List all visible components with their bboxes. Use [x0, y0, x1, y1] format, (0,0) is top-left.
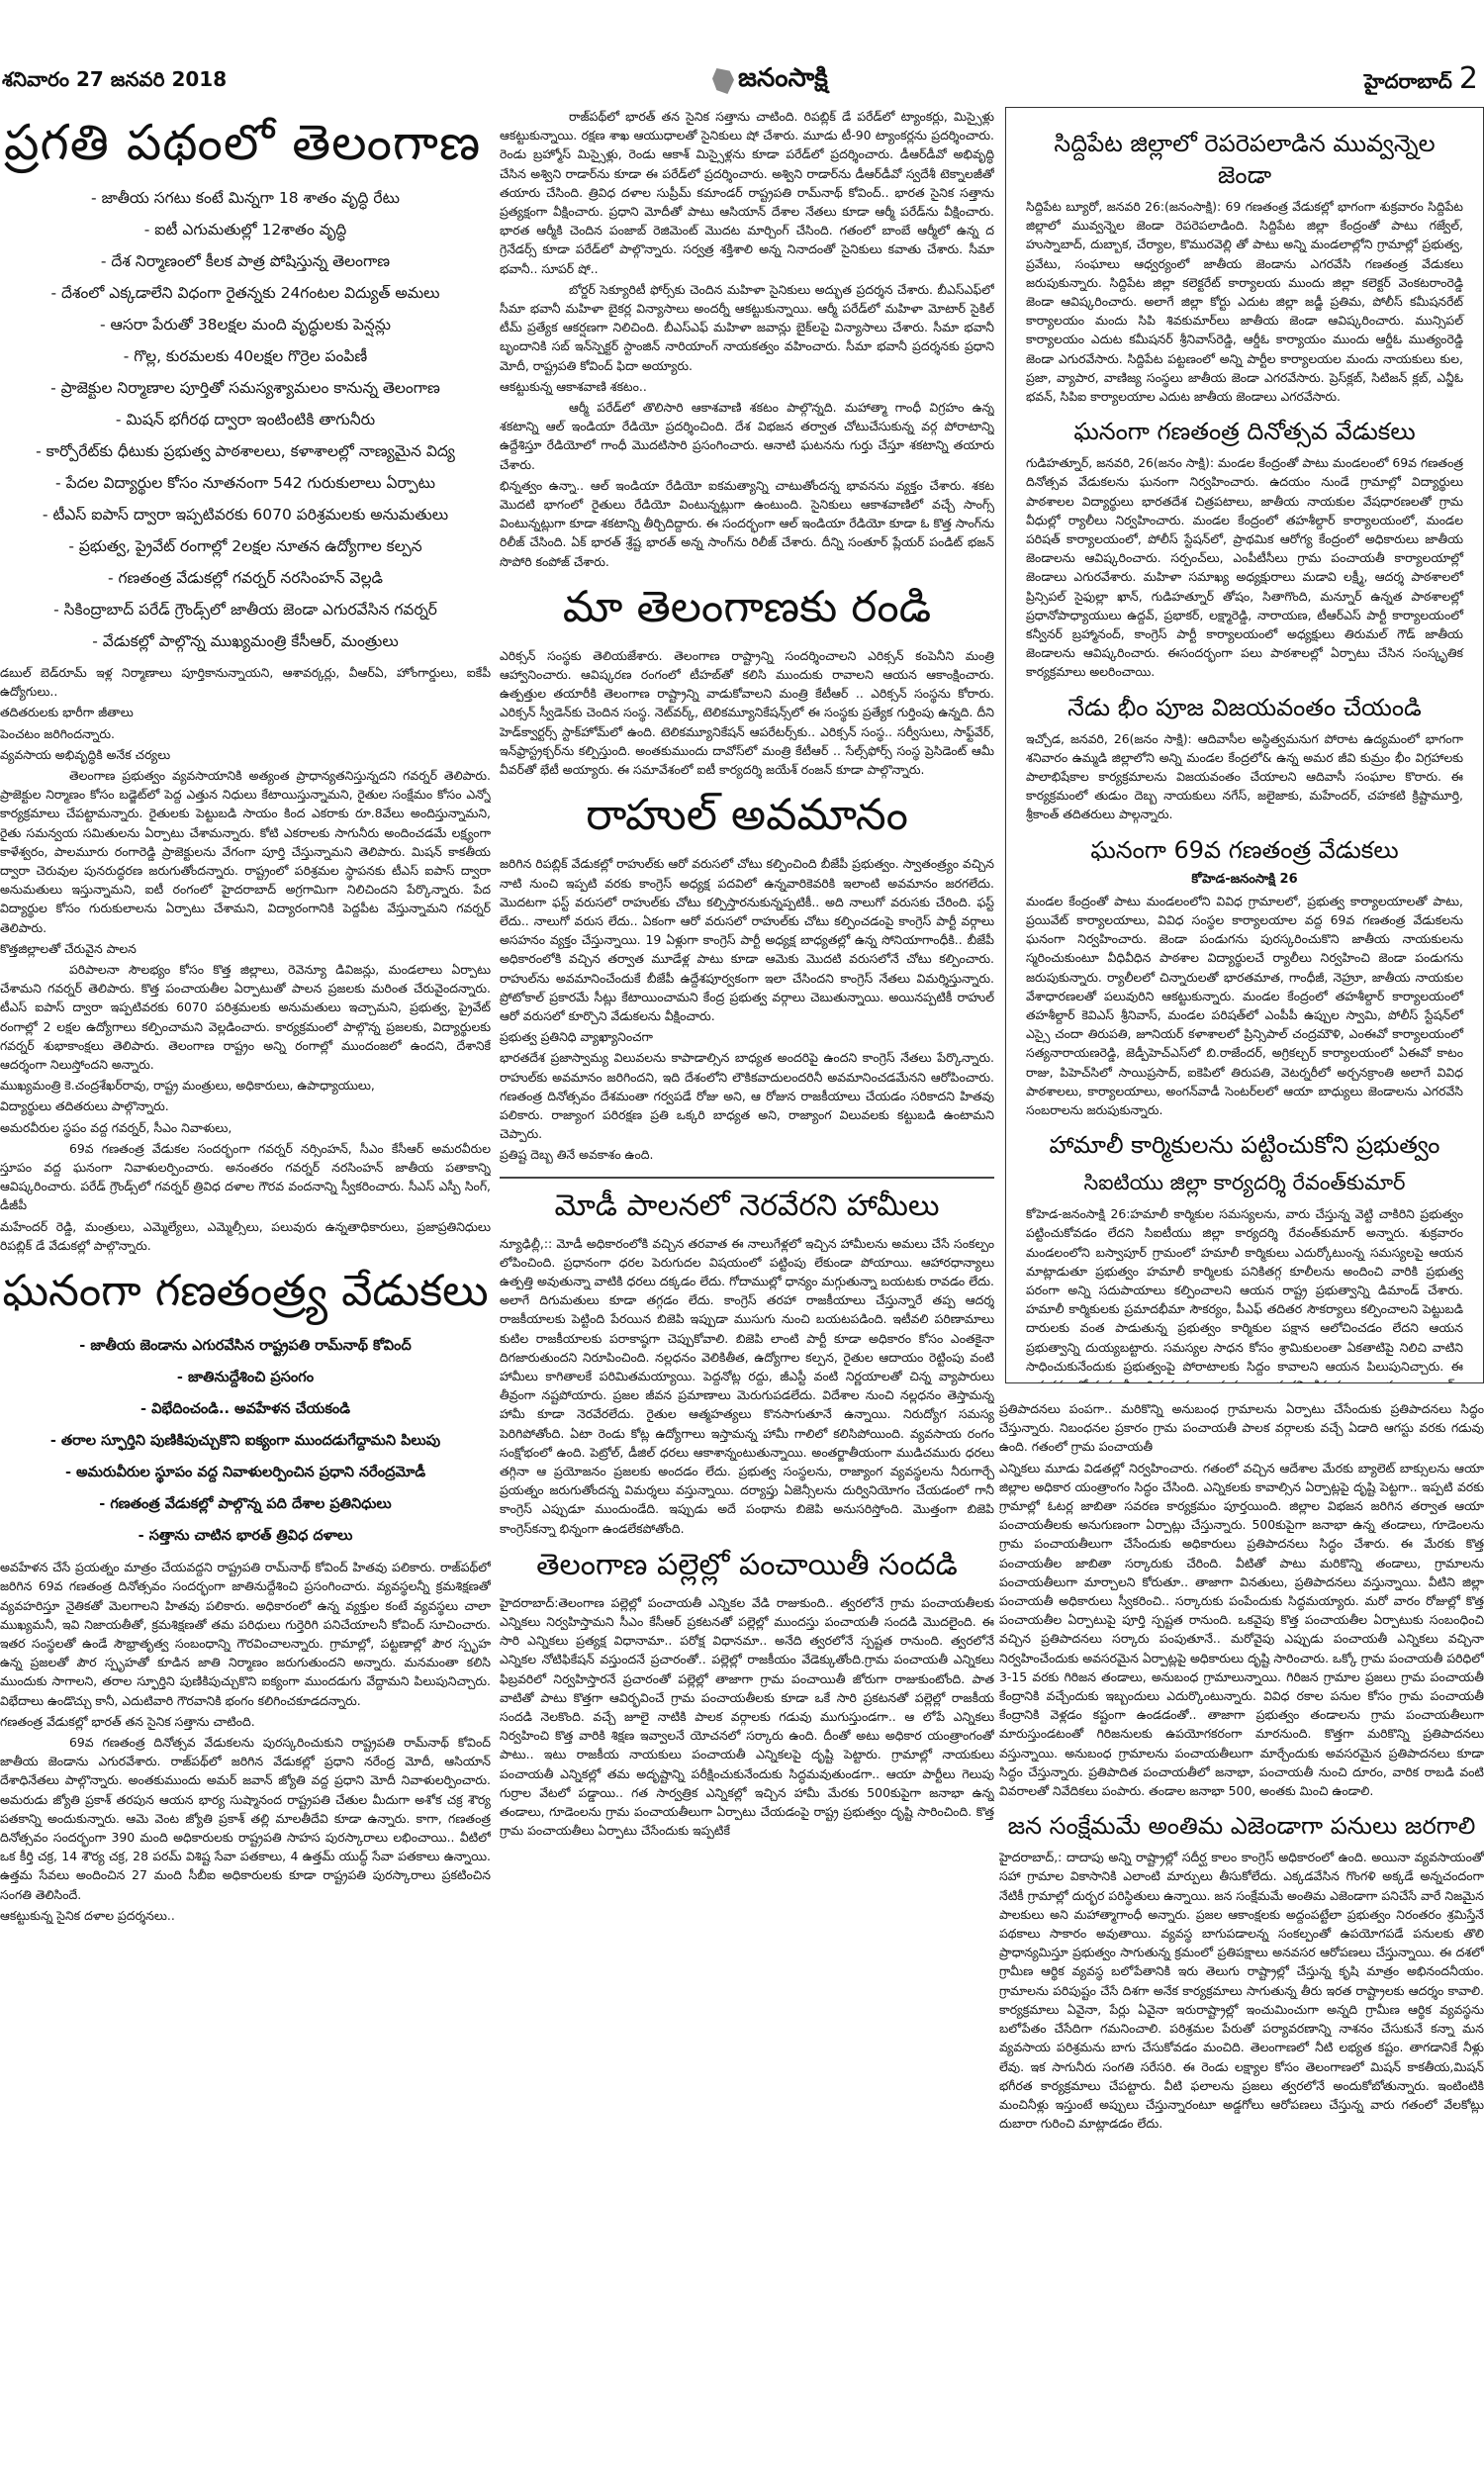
article-paragraph: జరిగిన రిపబ్లిక్‌ వేడుకల్లో రాహుల్‌కు ఆర… [500, 854, 994, 1025]
rahul-headline: రాహుల్‌ అవమానం [500, 789, 994, 842]
article-subhead: వ్యవసాయ అభివృద్ధికి అనేక చర్యలు [0, 745, 491, 764]
panchayat-headline: తెలంగాణ పల్లెల్లో పంచాయితీ సందడి [500, 1546, 994, 1585]
highlight-item: - టీఎస్‌ ఐపాస్‌ ద్వారా ఇప్పటివరకు 6070 ప… [0, 499, 491, 530]
page-number: 2 [1459, 61, 1478, 96]
article-paragraph: తదితరులకు భారీగా జీతాలు [0, 703, 491, 721]
article-paragraph: అవహేళన చేసే ప్రయత్నం మాత్రం చేయవద్దని రా… [0, 1558, 491, 1710]
article-paragraph: న్యూఢిల్లీ,:: మోడీ అధికారంలోకి వచ్చిన తర… [500, 1234, 994, 1538]
article-paragraph: పెంచటం జరిగిందన్నారు. [0, 724, 491, 743]
article-paragraph: తెలంగాణ ప్రభుత్వం వ్యవసాయానికి అత్యంత ప్… [0, 766, 491, 937]
highlight-item: - దేశంలో ఎక్కడాలేని విధంగా రైతన్నకు 24గం… [0, 277, 491, 309]
article-paragraph: ఎరిక్సన్‌ సంస్థకు తెలియజేశారు. తెలంగాణ ర… [500, 646, 994, 779]
article-paragraph: హైదరాబాద్‌,: దాదాపు అన్ని రాష్ట్రాల్లో స… [999, 1848, 1484, 2133]
highlight-item: - గణతంత్ర వేడుకల్లో పాల్గొన్న పది దేశాల … [0, 1488, 491, 1520]
right-column: సిద్దిపేట జిల్లాలో రెపరెపలాడిన మువ్వన్నె… [999, 107, 1484, 2413]
highlight-item: - ప్రభుత్వ, ప్రైవేట్‌ రంగాల్లో 2లక్షల నూ… [0, 530, 491, 562]
middle-column: రాజ్‌పథ్‌లో భారత్‌ తన సైనిక సత్తాను చాటి… [500, 107, 994, 2413]
article-subhead: ఆకట్టుకున్న ఆకాశవాణి శకటం.. [500, 377, 994, 396]
highlight-item: - ఐటీ ఎగుమతుల్లో 12శాతం వృద్ధి [0, 214, 491, 245]
article-paragraph: సిద్దిపేట బ్యూరో, జనవరి 26:(జనంసాక్షి): … [1026, 197, 1463, 406]
article-paragraph: గుడిహత్నూర్‌, జనవరి, 26(జనం సాక్షి): మండ… [1026, 453, 1463, 681]
hamali-subheadline: సిఐటియు జిల్లా కార్యదర్శి రేవంత్‌కుమార్‌ [1026, 1167, 1463, 1198]
article-paragraph: ఎన్నికలు మూడు విడతల్లో నిర్వహించారు. గతం… [999, 1459, 1484, 1801]
highlight-item: - సికింద్రాబాద్‌ పరేడ్‌ గ్రౌండ్స్‌లో జాత… [0, 594, 491, 625]
city-label: హైదరాబాద్ [1364, 69, 1452, 93]
left-column: ప్రగతి పథంలో తెలంగాణ - జాతీయ సగటు కంటే మ… [0, 107, 491, 2413]
article-paragraph: మండల కేంద్రంతో పాటు మండలంలోని వివిధ గ్రా… [1026, 892, 1463, 1119]
article-paragraph: పరిపాలనా సౌలభ్యం కోసం కొత్త జిల్లాలు, రె… [0, 960, 491, 1074]
issue-date: శనివారం 27 జనవరి 2018 [2, 67, 227, 96]
hamali-headline: హామాలీ కార్మికులను పట్టించుకోని ప్రభుత్వ… [1026, 1129, 1463, 1161]
telangana-invite-headline: మా తెలంగాణకు రండి [500, 581, 994, 634]
modi-promises-headline: మోడీ పాలనలో నెరవేరని హామీలు [500, 1187, 994, 1226]
article-paragraph: ముఖ్యమంత్రి కె.చంద్రశేఖర్‌రావు, రాష్ట్ర … [0, 1076, 491, 1095]
article-paragraph: బోర్డర్‌ సెక్యూరిటీ ఫోర్స్‌కు చెందిన మహి… [500, 280, 994, 375]
highlight-item: - పేదల విద్యార్థుల కోసం నూతనంగా 542 గురు… [0, 467, 491, 499]
article-subhead: కొత్తజిల్లాలతో చేరువైన పాలన [0, 939, 491, 958]
lead-headline: ప్రగతి పథంలో తెలంగాణ [4, 113, 491, 172]
lead-highlights: - జాతీయ సగటు కంటే మిన్నగా 18 శాతం వృద్ధి… [0, 182, 491, 657]
article-paragraph: ఇచ్చోడ, జనవరి, 26(జనం సాక్షి): ఆదివాసీల … [1026, 729, 1463, 824]
article-paragraph: 69వ గణతంత్ర దినోత్సవ వేడుకలను పురస్కరించ… [0, 1733, 491, 1904]
highlight-item: - జాతీయ జెండాను ఎగురవేసిన రాష్ట్రపతి రామ… [0, 1330, 491, 1362]
koheda-headline: ఘనంగా 69వ గణతంత్ర వేడుకలు [1026, 834, 1463, 866]
article-paragraph: భారతదేశ ప్రజాస్వామ్య విలువలను కాపాడాల్సి… [500, 1048, 994, 1143]
article-paragraph: ప్రతిపాదనలు పంపగా.. మరికొన్ని అనుబంధ గ్ర… [999, 1399, 1484, 1457]
article-paragraph: ఆర్మీ పరేడ్‌లో తొలిసారి ఆకాశవాణి శకటం పా… [500, 398, 994, 474]
district-news-box: సిద్దిపేట జిల్లాలో రెపరెపలాడిన మువ్వన్నె… [1005, 107, 1484, 1383]
article-subhead: ఆకట్టుకున్న సైనిక దళాల ప్రదర్శనలు.. [0, 1906, 491, 1925]
article-paragraph: కోహెడ-జనంసాక్షి 26:హమాలీ కార్మికుల సమస్య… [1026, 1204, 1463, 1383]
masthead: శనివారం 27 జనవరి 2018 జనంసాక్షి హైదరాబాద… [0, 61, 1484, 95]
highlight-item: - దేశ నిర్మాణంలో కీలక పాత్ర పోషిస్తున్న … [0, 245, 491, 277]
highlight-item: - తరాల స్ఫూర్తిని పుణికిపుచ్చుకొని ఐక్యం… [0, 1425, 491, 1457]
bhim-puja-headline: నేడు భీం పూజ విజయవంతం చేయండి [1026, 692, 1463, 723]
article-paragraph: హైదరాబాద్‌:తెలంగాణ పల్లెల్లో పంచాయతీ ఎన్… [500, 1593, 994, 1841]
section-divider [500, 1177, 994, 1179]
article-paragraph: మహేందర్‌ రెడ్డి, మంత్రులు, ఎమ్మెల్యేలు, … [0, 1217, 491, 1255]
highlight-item: - అమరువీరుల స్థూపం వద్ద నివాళులర్పించిన … [0, 1457, 491, 1488]
highlight-item: - ప్రాజెక్టుల నిర్మాణాల పూర్తితో సమస్యశ్… [0, 372, 491, 404]
highlight-item: - గొల్ల, కురమలకు 40లక్షల గొర్రెల పంపిణీ [0, 340, 491, 372]
dateline: కోహెడ-జనంసాక్షి 26 [1026, 872, 1463, 890]
newspaper-logo: జనంసాక్షి [712, 63, 828, 99]
article-paragraph: డబుల్‌ బెడ్‌రూమ్‌ ఇళ్ల నిర్మాణాలు పూర్తి… [0, 663, 491, 701]
highlight-item: - జాతీయ సగటు కంటే మిన్నగా 18 శాతం వృద్ధి… [0, 182, 491, 214]
article-paragraph: రాజ్‌పథ్‌లో భారత్‌ తన సైనిక సత్తాను చాటి… [500, 107, 994, 278]
highlight-item: - విభేదించండి.. అవహేళన చేయకండి [0, 1393, 491, 1425]
article-subhead: ప్రభుత్వ ప్రతినిధి వ్యాఖ్యానించగా [500, 1027, 994, 1046]
article-paragraph: విద్యార్థులు తదితరులు పాల్గొన్నారు. [0, 1096, 491, 1115]
article-subhead: అమరవీరుల స్థపం వద్ద గవర్నర్‌, సీఎం నివాళ… [0, 1118, 491, 1137]
article-subhead: గణతంత్ర వేడుకల్లో భారత్‌ తన సైనిక సత్తాన… [0, 1712, 491, 1731]
republic-day-highlights: - జాతీయ జెండాను ఎగురవేసిన రాష్ట్రపతి రామ… [0, 1330, 491, 1552]
republic-day-headline: ఘనంగా గణతంత్ర్య వేడుకలు [0, 1265, 491, 1318]
highlight-item: - జాతినుద్దేశించి ప్రసంగం [0, 1362, 491, 1393]
article-paragraph: భిన్నత్వం ఉన్నా.. ఆల్‌ ఇండియా రేడియో ఐకమ… [500, 476, 994, 571]
highlight-item: - వేడుకల్లో పాల్గొన్న ముఖ్యమంత్రి కేసీఆర… [0, 625, 491, 657]
page-label: హైదరాబాద్ 2 [1364, 61, 1478, 98]
welfare-agenda-headline: జన సంక్షేమమే అంతిమ ఎజెండాగా పనులు జరగాలి [999, 1810, 1484, 1842]
logo-text: జనంసాక్షి [738, 63, 828, 99]
article-paragraph: 69వ గణతంత్ర వేడుకల సందర్భంగా గవర్నర్‌ నర… [0, 1139, 491, 1215]
highlight-item: - మిషన్‌ భగీరథ ద్వారా ఇంటింటికి తాగునీరు [0, 404, 491, 435]
article-paragraph: ప్రతిష్ట దెబ్బ తినే అవకాశం ఉంది. [500, 1145, 994, 1164]
highlight-item: - సత్తాను చాటిన భారత్‌ త్రివిధ దళాలు [0, 1520, 491, 1552]
telangana-map-icon [712, 68, 734, 94]
siddipet-headline: సిద్దిపేట జిల్లాలో రెపరెపలాడిన మువ్వన్నె… [1026, 128, 1463, 191]
highlight-item: - గణతంత్ర వేడుకల్లో గవర్నర్‌ నరసింహన్‌ వ… [0, 562, 491, 594]
highlight-item: - కార్పోరేట్‌కు ధీటుకు ప్రభుత్వ పాఠశాలలు… [0, 435, 491, 467]
gudihathnur-headline: ఘనంగా గణతంత్ర దినోత్సవ వేడుకలు [1026, 416, 1463, 447]
highlight-item: - ఆసరా పేరుతో 38లక్షల మంది వృద్ధులకు పెన… [0, 309, 491, 340]
